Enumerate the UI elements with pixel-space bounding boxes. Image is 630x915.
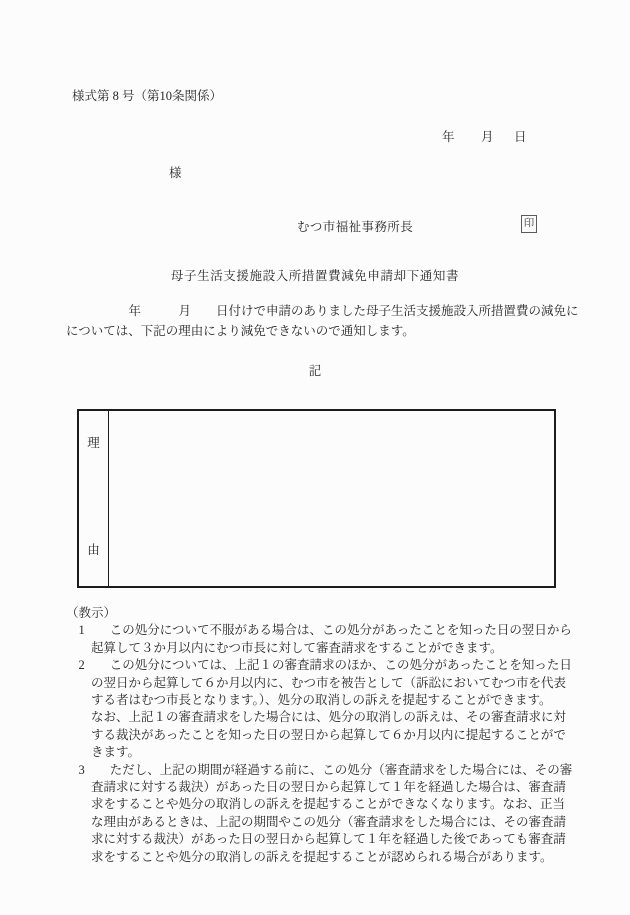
reason-label-bottom: 由 — [87, 540, 100, 558]
date-line: 年 月 日 — [0, 127, 630, 143]
seal-label: 印 — [524, 218, 535, 229]
document-page: 様式第 8 号（第10条関係） 年 月 日 様 むつ市福祉事務所長 印 母子生活… — [0, 0, 630, 915]
date-day-label: 日 — [514, 127, 527, 145]
form-number: 様式第 8 号（第10条関係） — [72, 86, 222, 104]
reason-label-top: 理 — [87, 433, 100, 451]
sender-title: むつ市福祉事務所長 — [297, 217, 413, 235]
date-year-label: 年 — [442, 127, 455, 145]
body-paragraph: 年 月 日付けで申請のありました母子生活支援施設入所措置費の減免に については、… — [66, 301, 586, 341]
document-title: 母子生活支援施設入所措置費減免申請却下通知書 — [0, 266, 630, 284]
reason-table: 理 由 — [77, 409, 556, 588]
reason-label-column: 理 由 — [79, 411, 109, 586]
appeal-instructions: （教示） 1 この処分について不服がある場合は、この処分があったことを知った日の… — [66, 605, 586, 866]
seal-box: 印 — [521, 215, 537, 233]
addressee-honorific: 様 — [169, 163, 182, 181]
date-month-label: 月 — [481, 127, 494, 145]
reason-content-area — [109, 411, 554, 586]
record-heading: 記 — [0, 361, 630, 379]
